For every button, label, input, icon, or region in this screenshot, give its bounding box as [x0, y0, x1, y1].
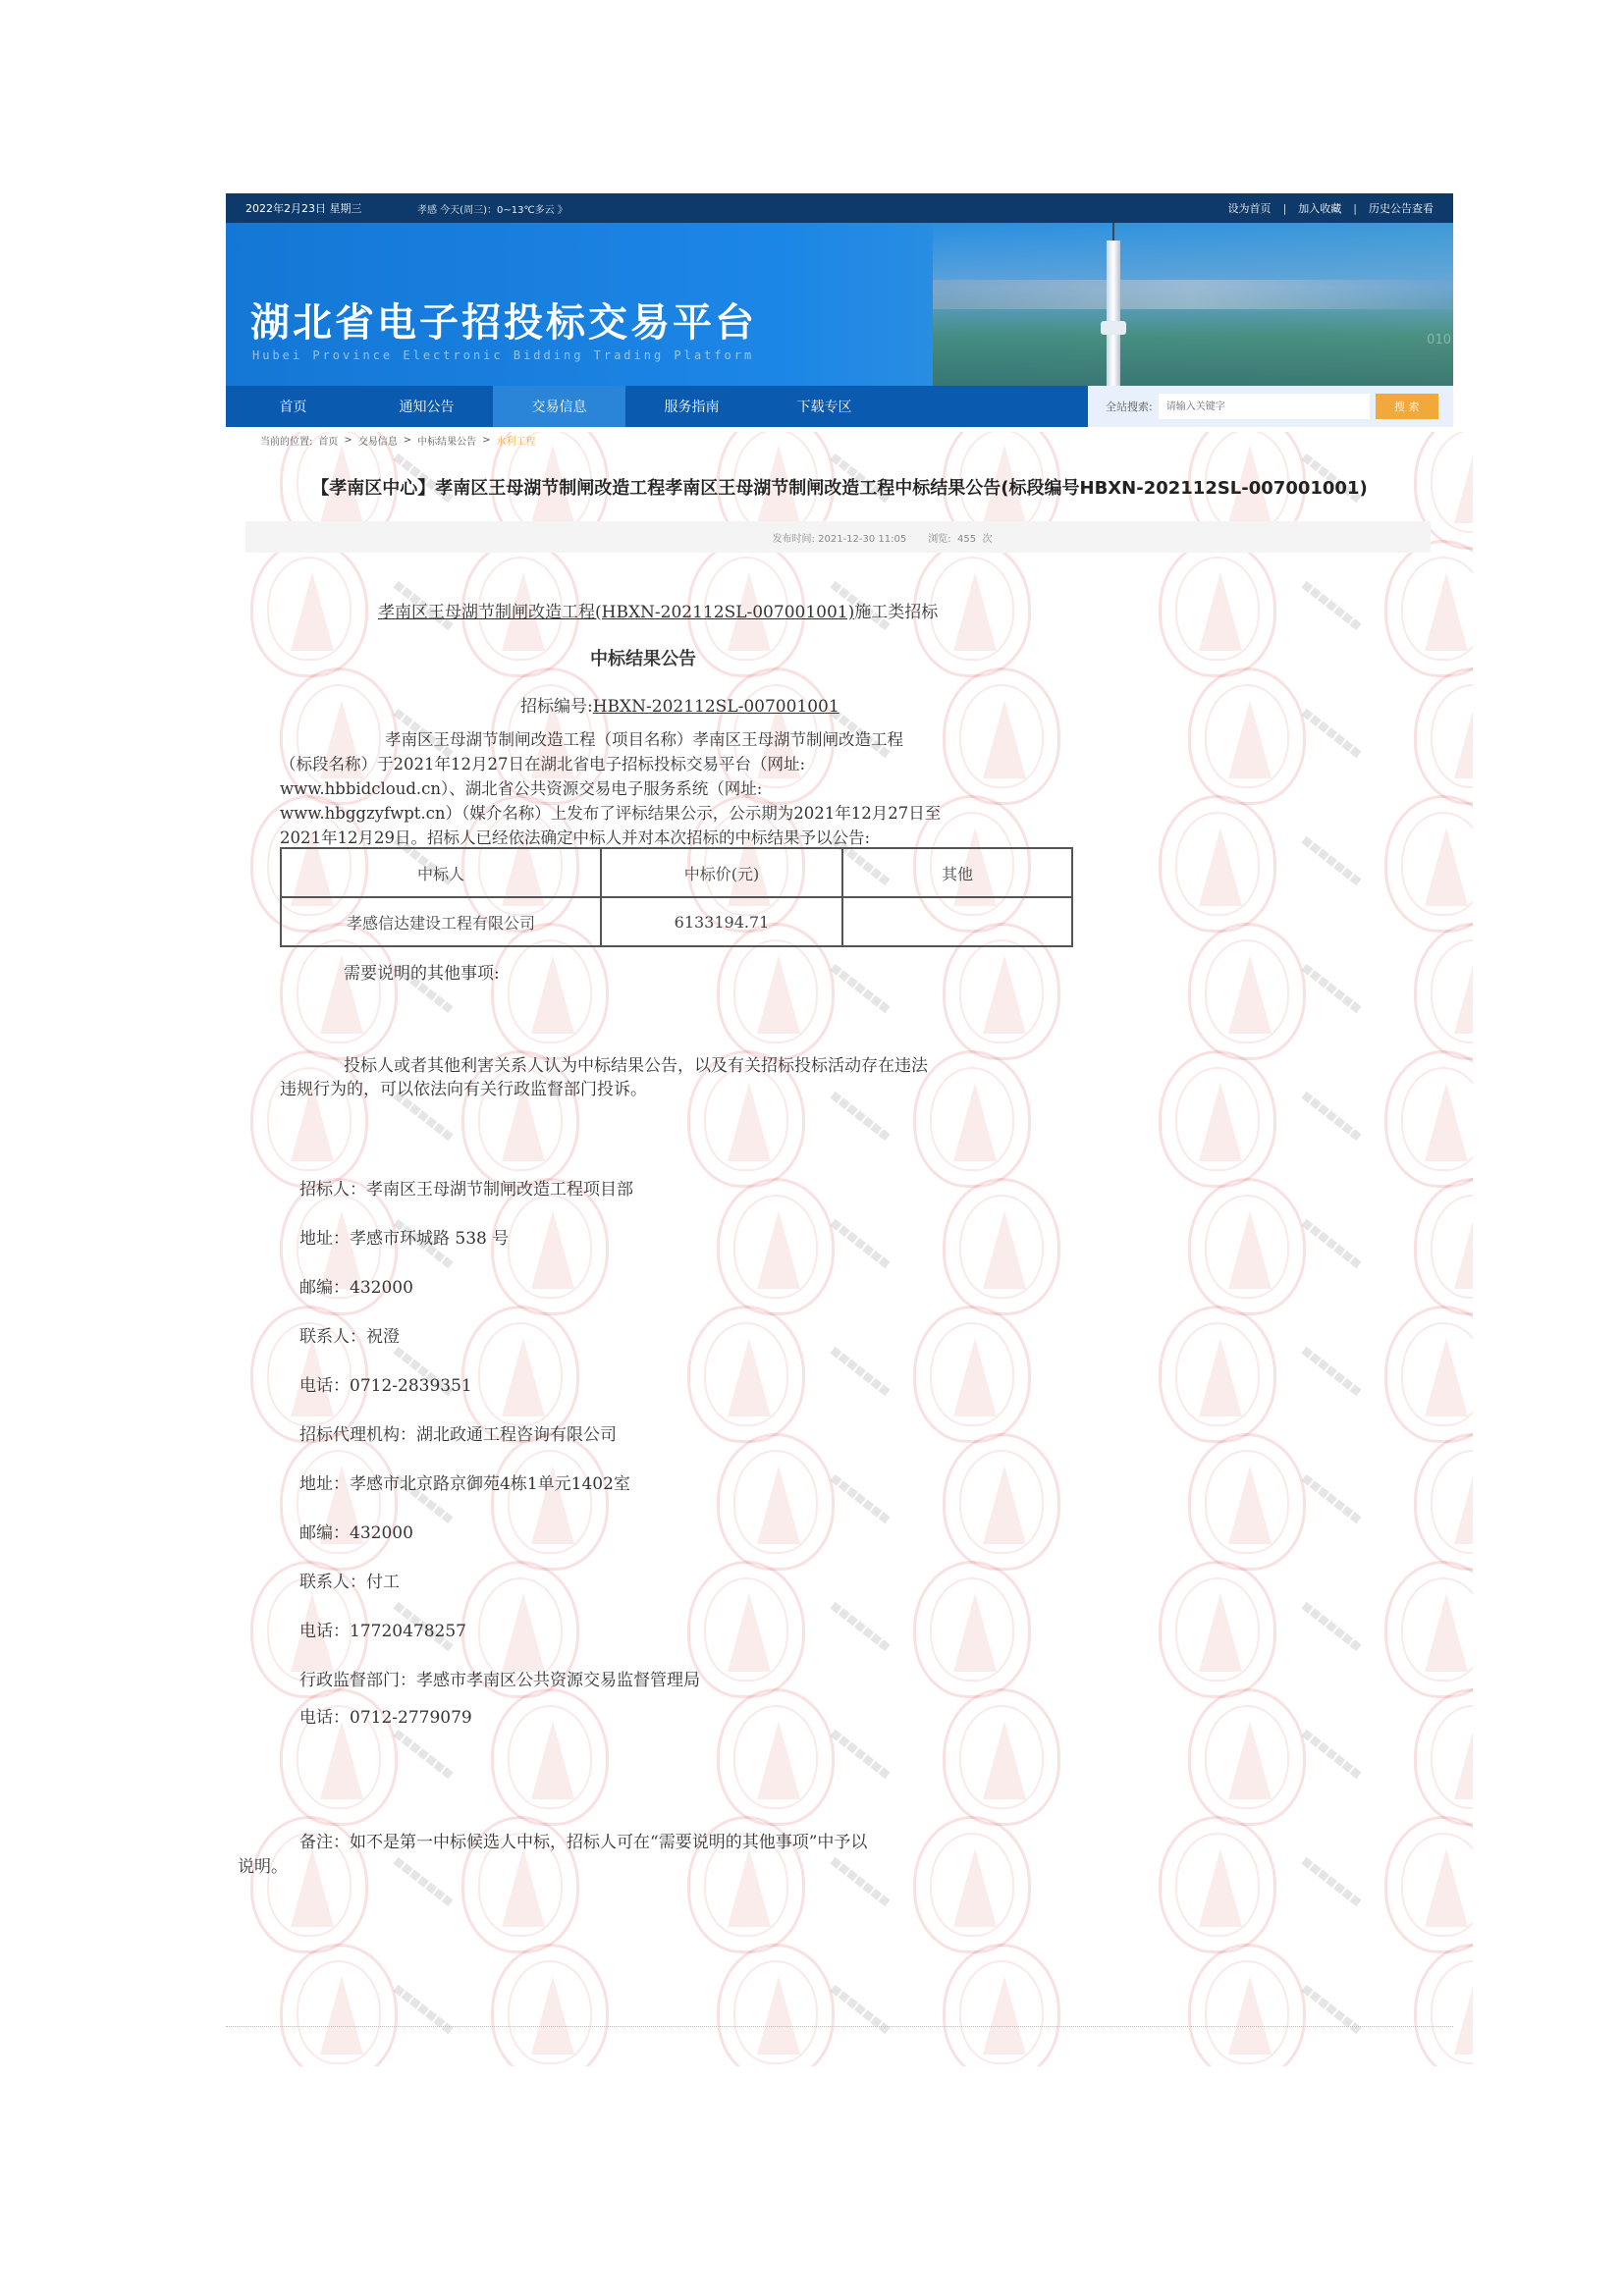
- tv-tower-image: [1107, 240, 1120, 386]
- note-line: 备注：如不是第一中标候选人中标，招标人可在“需要说明的其他事项”中予以: [299, 1828, 867, 1852]
- column-header: 其他: [842, 848, 1072, 897]
- watermark-text: ■■■■■■■: [1300, 1854, 1364, 1908]
- tenderer-zip: 邮编：432000: [299, 1273, 413, 1298]
- current-date: 2022年2月23日 星期三: [245, 200, 417, 216]
- top-links: 设为首页 | 加入收藏 | 历史公告查看: [1228, 200, 1434, 216]
- watermark-text: ■■■■■■■: [1300, 1599, 1364, 1653]
- watermark-seal-icon: [1414, 1433, 1473, 1571]
- watermark-seal-icon: [1414, 1688, 1473, 1826]
- add-favorite-link[interactable]: 加入收藏: [1298, 200, 1341, 216]
- watermark-text: ■■■■■■■: [829, 1089, 893, 1143]
- watermark-seal-icon: [491, 1433, 609, 1571]
- watermark-seal-icon: [943, 1944, 1060, 2066]
- agency-phone: 电话：17720478257: [299, 1617, 466, 1641]
- agency-contact: 联系人：付工: [299, 1568, 400, 1592]
- watermark-text: ■■■■■■■: [392, 1727, 456, 1781]
- watermark-seal-icon: [1159, 1050, 1276, 1188]
- watermark-seal-icon: [1159, 540, 1276, 677]
- agency-name: 招标代理机构：湖北政通工程咨询有限公司: [299, 1420, 617, 1445]
- watermark-text: ■■■■■■■: [392, 1982, 456, 2036]
- breadcrumb-separator: >: [404, 435, 411, 446]
- main-nav: 首页 通知公告 交易信息 服务指南 下载专区 全站搜索: 搜 索: [226, 386, 1453, 427]
- view-count-value: 455: [957, 534, 976, 545]
- project-type: 施工类招标: [854, 603, 938, 622]
- watermark-text: ■■■■■■■: [1300, 1344, 1364, 1398]
- complaint-line: 违规行为的，可以依法向有关行政监督部门投诉。: [280, 1075, 647, 1099]
- agency-zip: 邮编：432000: [299, 1519, 413, 1543]
- watermark-text: ■■■■■■■: [1300, 1216, 1364, 1270]
- watermark-seal-icon: [717, 1178, 835, 1315]
- watermark-text: ■■■■■■■: [1300, 1089, 1364, 1143]
- column-header: 中标价(元): [601, 848, 842, 897]
- watermark-text: ■■■■■■■: [1300, 833, 1364, 887]
- site-banner: 湖北省电子招投标交易平台 Hubei Province Electronic B…: [226, 223, 1453, 386]
- nav-trade-info[interactable]: 交易信息: [493, 386, 625, 427]
- watermark-seal-icon: [1188, 1688, 1306, 1826]
- watermark-text: ■■■■■■■: [829, 1982, 893, 2036]
- watermark-seal-icon: [280, 1433, 398, 1571]
- watermark-layer: ■■■■■■■■■■■■■■■■■■■■■■■■■■■■■■■■■■■■■■■■…: [226, 432, 1473, 2066]
- article-meta: 发布时间: 2021-12-30 11:05 浏览: 455 次: [245, 521, 1431, 553]
- site-subtitle: Hubei Province Electronic Bidding Tradin…: [252, 348, 754, 362]
- search-input[interactable]: [1159, 394, 1370, 419]
- tenderer-name: 招标人：孝南区王母湖节制闸改造工程项目部: [299, 1175, 633, 1200]
- watermark-text: ■■■■■■■: [1300, 1471, 1364, 1525]
- watermark-seal-icon: [1414, 923, 1473, 1060]
- supervisor-name: 行政监督部门：孝感市孝南区公共资源交易监督管理局: [299, 1666, 700, 1690]
- paragraph-line: www.hbbidcloud.cn）、湖北省公共资源交易电子服务系统（网址:: [280, 776, 1105, 801]
- watermark-text: ■■■■■■■: [1300, 1982, 1364, 2036]
- watermark-text: ■■■■■■■: [392, 1854, 456, 1908]
- watermark-seal-icon: [491, 1944, 609, 2066]
- watermark-seal-icon: [1159, 795, 1276, 933]
- table-header-row: 中标人 中标价(元) 其他: [281, 848, 1072, 897]
- publish-time-label: 发布时间:: [773, 534, 815, 545]
- agency-address: 地址：孝感市北京路京御苑4栋1单元1402室: [299, 1469, 630, 1494]
- watermark-seal-icon: [1414, 1944, 1473, 2066]
- site-search: 全站搜索: 搜 索: [1088, 386, 1453, 427]
- tenderer-address: 地址：孝感市环城路 538 号: [299, 1224, 509, 1249]
- watermark-text: ■■■■■■■: [829, 961, 893, 1015]
- watermark-seal-icon: [280, 1944, 398, 2066]
- publish-time-value: 2021-12-30 11:05: [818, 534, 906, 545]
- search-button[interactable]: 搜 索: [1376, 394, 1438, 419]
- weather-info[interactable]: 孝感 今天(周三)：0~13℃多云 》: [417, 201, 568, 216]
- set-homepage-link[interactable]: 设为首页: [1228, 200, 1272, 216]
- city-skyline-image: [933, 223, 1453, 386]
- watermark-seal-icon: [1188, 1433, 1306, 1571]
- watermark-text: ■■■■■■■: [829, 1344, 893, 1398]
- nav-downloads[interactable]: 下载专区: [758, 386, 891, 427]
- tenderer-phone: 电话：0712-2839351: [299, 1371, 472, 1396]
- watermark-text: ■■■■■■■: [1300, 706, 1364, 760]
- history-notices-link[interactable]: 历史公告查看: [1369, 200, 1434, 216]
- search-label: 全站搜索:: [1106, 399, 1153, 414]
- tender-code-label: 招标编号:: [520, 697, 593, 717]
- note-line: 说明。: [238, 1852, 288, 1877]
- watermark-seal-icon: [943, 1178, 1060, 1315]
- publish-time: 发布时间: 2021-12-30 11:05: [773, 530, 907, 545]
- watermark-seal-icon: [943, 1688, 1060, 1826]
- watermark-text: ■■■■■■■: [1300, 1727, 1364, 1781]
- breadcrumb-award-notices[interactable]: 中标结果公告: [417, 433, 476, 448]
- divider: |: [1283, 202, 1287, 215]
- watermark-seal-icon: [1384, 1561, 1473, 1698]
- watermark-seal-icon: [913, 1050, 1031, 1188]
- nav-notices[interactable]: 通知公告: [360, 386, 493, 427]
- paragraph-line: www.hbggzyfwpt.cn）（媒介名称）上发布了评标结果公示，公示期为2…: [280, 801, 1105, 826]
- paragraph-line: （标段名称）于2021年12月27日在湖北省电子招标投标交易平台（网址:: [280, 752, 1105, 776]
- breadcrumb: 当前的位置: 首页 > 交易信息 > 中标结果公告 > 水利工程: [226, 427, 1453, 453]
- watermark-seal-icon: [1384, 1050, 1473, 1188]
- page: 2022年2月23日 星期三 孝感 今天(周三)：0~13℃多云 》 设为首页 …: [226, 193, 1453, 553]
- watermark-seal-icon: [913, 1816, 1031, 1953]
- supervisor-phone: 电话：0712-2779079: [299, 1703, 472, 1728]
- watermark-seal-icon: [717, 1433, 835, 1571]
- watermark-seal-icon: [913, 1306, 1031, 1443]
- watermark-text: ■■■■■■■: [829, 1471, 893, 1525]
- watermark-seal-icon: [1414, 667, 1473, 805]
- view-count: 浏览: 455 次: [928, 530, 992, 545]
- complaint-line: 投标人或者其他利害关系人认为中标结果公告，以及有关招标投标活动存在违法: [344, 1051, 928, 1076]
- project-link[interactable]: 孝南区王母湖节制闸改造工程(HBXN-202112SL-007001001): [378, 603, 854, 622]
- watermark-seal-icon: [1159, 1816, 1276, 1953]
- site-title: 湖北省电子招投标交易平台: [250, 292, 757, 347]
- announcement-paragraph: 孝南区王母湖节制闸改造工程（项目名称）孝南区王母湖节制闸改造工程 （标段名称）于…: [280, 727, 1105, 850]
- watermark-seal-icon: [1384, 1816, 1473, 1953]
- tender-code: 招标编号:HBXN-202112SL-007001001: [520, 692, 839, 717]
- watermark-text: ■■■■■■■: [829, 1216, 893, 1270]
- paragraph-line: 孝南区王母湖节制闸改造工程（项目名称）孝南区王母湖节制闸改造工程: [280, 727, 1105, 752]
- watermark-text: ■■■■■■■: [1300, 961, 1364, 1015]
- watermark-seal-icon: [717, 1944, 835, 2066]
- breadcrumb-separator: >: [482, 435, 490, 446]
- footer-divider: [226, 2026, 1453, 2027]
- watermark-text: ■■■■■■■: [829, 1599, 893, 1653]
- watermark-seal-icon: [1384, 795, 1473, 933]
- watermark-seal-icon: [717, 1688, 835, 1826]
- watermark-seal-icon: [1188, 1944, 1306, 2066]
- winning-price: 6133194.71: [601, 897, 842, 946]
- watermark-seal-icon: [687, 1306, 805, 1443]
- article-title: 【孝南区中心】孝南区王母湖节制闸改造工程孝南区王母湖节制闸改造工程中标结果公告(…: [226, 474, 1453, 500]
- watermark-seal-icon: [1188, 1178, 1306, 1315]
- watermark-seal-icon: [1414, 1178, 1473, 1315]
- watermark-seal-icon: [1188, 923, 1306, 1060]
- breadcrumb-separator: >: [344, 435, 352, 446]
- watermark-seal-icon: [1384, 540, 1473, 677]
- watermark-seal-icon: [491, 1688, 609, 1826]
- column-header: 中标人: [281, 848, 601, 897]
- watermark-seal-icon: [1159, 1561, 1276, 1698]
- watermark-seal-icon: [1384, 1306, 1473, 1443]
- watermark-text: ■■■■■■■: [829, 1727, 893, 1781]
- winning-bidder: 孝感信达建设工程有限公司: [281, 897, 601, 946]
- watermark-seal-icon: [687, 1561, 805, 1698]
- other-matters: 需要说明的其他事项:: [344, 959, 500, 984]
- watermark-seal-icon: [913, 1561, 1031, 1698]
- watermark-seal-icon: [1188, 667, 1306, 805]
- document-heading: 中标结果公告: [226, 645, 1060, 670]
- other-info: [842, 897, 1072, 946]
- watermark-seal-icon: [943, 1433, 1060, 1571]
- top-bar: 2022年2月23日 星期三 孝感 今天(周三)：0~13℃多云 》 设为首页 …: [226, 193, 1453, 223]
- view-count-label: 浏览:: [928, 534, 950, 545]
- divider: |: [1353, 202, 1357, 215]
- table-row: 孝感信达建设工程有限公司 6133194.71: [281, 897, 1072, 946]
- breadcrumb-prefix: 当前的位置:: [260, 433, 312, 448]
- tender-code-value: HBXN-202112SL-007001001: [593, 697, 839, 717]
- award-result-table: 中标人 中标价(元) 其他 孝感信达建设工程有限公司 6133194.71: [280, 847, 1073, 947]
- breadcrumb-home[interactable]: 首页: [318, 433, 338, 448]
- project-line: 孝南区王母湖节制闸改造工程(HBXN-202112SL-007001001)施工…: [378, 598, 938, 622]
- banner-decoration: 010: [1427, 333, 1451, 347]
- watermark-seal-icon: [1159, 1306, 1276, 1443]
- nav-home[interactable]: 首页: [226, 386, 360, 427]
- breadcrumb-current: 水利工程: [497, 433, 536, 448]
- watermark-text: ■■■■■■■: [829, 1854, 893, 1908]
- breadcrumb-trade-info[interactable]: 交易信息: [358, 433, 398, 448]
- tenderer-contact: 联系人：祝澄: [299, 1322, 400, 1347]
- view-count-unit: 次: [982, 534, 992, 545]
- watermark-text: ■■■■■■■: [1300, 578, 1364, 632]
- nav-service-guide[interactable]: 服务指南: [625, 386, 758, 427]
